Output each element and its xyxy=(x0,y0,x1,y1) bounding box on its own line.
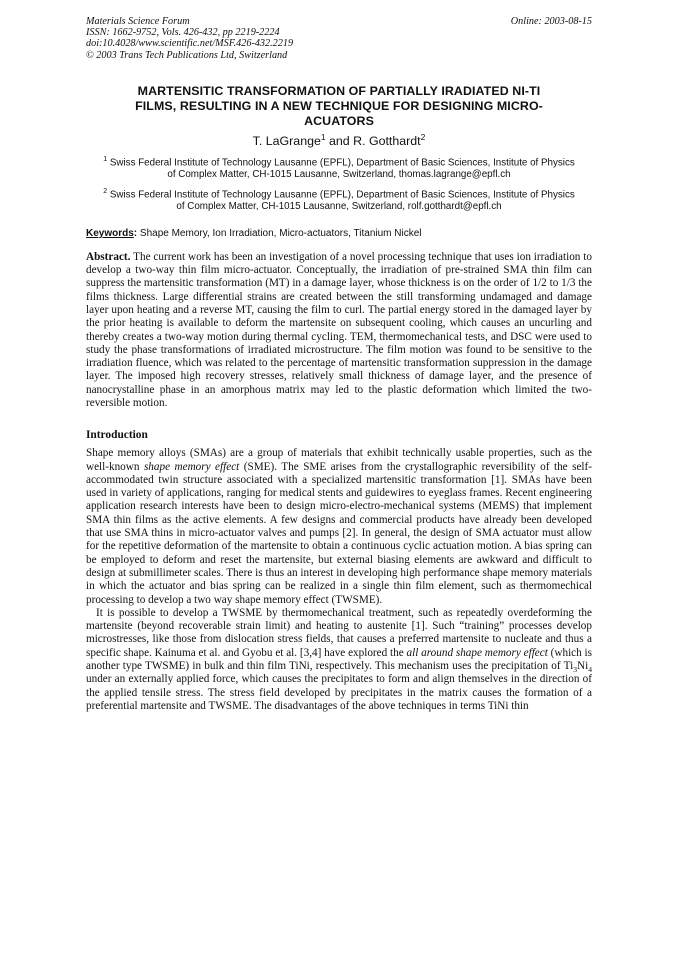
title-line-1: MARTENSITIC TRANSFORMATION OF PARTIALLY … xyxy=(86,84,592,99)
section-heading-introduction: Introduction xyxy=(86,428,592,442)
journal-name: Materials Science Forum xyxy=(86,16,293,27)
copyright-line: © 2003 Trans Tech Publications Ltd, Swit… xyxy=(86,50,293,61)
affiliation-1-marker: 1 xyxy=(103,156,107,163)
authors-line: T. LaGrange1 and R. Gotthardt2 xyxy=(86,133,592,149)
intro-paragraph-1: Shape memory alloys (SMAs) are a group o… xyxy=(86,447,592,607)
keywords-label: Keywords xyxy=(86,228,134,239)
keywords-line: Keywords: Shape Memory, Ion Irradiation,… xyxy=(86,228,592,240)
intro-paragraph-2: It is possible to develop a TWSME by the… xyxy=(86,607,592,713)
abstract-text: The current work has been an investigati… xyxy=(86,251,592,409)
affiliation-1-text: Swiss Federal Institute of Technology La… xyxy=(110,157,575,180)
affiliations: 1 Swiss Federal Institute of Technology … xyxy=(86,154,592,213)
doi-line: doi:10.4028/www.scientific.net/MSF.426-4… xyxy=(86,38,293,49)
journal-header: Materials Science Forum ISSN: 1662-9752,… xyxy=(86,16,592,61)
journal-header-left: Materials Science Forum ISSN: 1662-9752,… xyxy=(86,16,293,61)
online-date: Online: 2003-08-15 xyxy=(511,16,592,27)
abstract-paragraph: Abstract. The current work has been an i… xyxy=(86,251,592,411)
title-line-2: FILMS, RESULTING IN A NEW TECHNIQUE FOR … xyxy=(86,99,592,114)
issn-line: ISSN: 1662-9752, Vols. 426-432, pp 2219-… xyxy=(86,27,293,38)
paper-title: MARTENSITIC TRANSFORMATION OF PARTIALLY … xyxy=(86,84,592,129)
abstract-label: Abstract. xyxy=(86,251,130,263)
affiliation-1: 1 Swiss Federal Institute of Technology … xyxy=(100,154,578,180)
affiliation-2-marker: 2 xyxy=(103,188,107,195)
affiliation-2-text: Swiss Federal Institute of Technology La… xyxy=(110,190,575,213)
title-line-3: ACUATORS xyxy=(86,114,592,129)
affiliation-2: 2 Swiss Federal Institute of Technology … xyxy=(100,186,578,212)
keywords-text: Shape Memory, Ion Irradiation, Micro-act… xyxy=(140,228,422,239)
paper-page: Materials Science Forum ISSN: 1662-9752,… xyxy=(0,0,678,959)
